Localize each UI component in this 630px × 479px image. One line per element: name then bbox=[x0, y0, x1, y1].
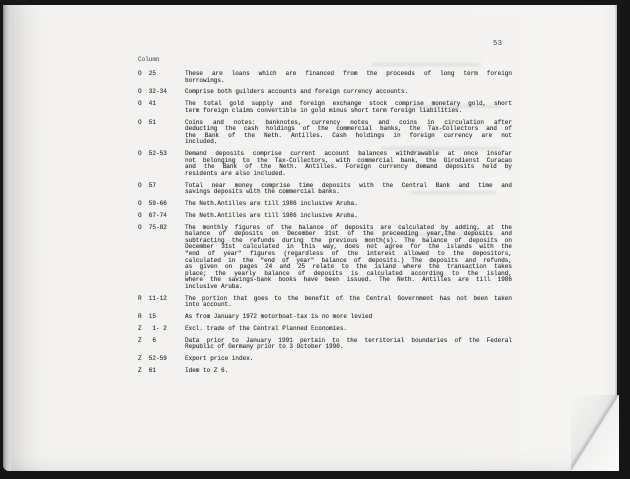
ink-bleed-smudge bbox=[371, 63, 481, 66]
note-entry: R 11-12The portion that goes to the bene… bbox=[138, 296, 518, 309]
note-entry: Z 1- 2Excl. trade of the Central Planned… bbox=[138, 326, 518, 333]
entry-text: Demand deposits comprise current account… bbox=[185, 151, 512, 177]
entry-text: Data prior to January 1991 pertain to th… bbox=[185, 338, 512, 351]
entry-code: O 41 bbox=[138, 101, 185, 114]
note-entry: O 57Total near money comprise time depos… bbox=[138, 183, 518, 196]
entry-text: The monthly figures of the balance of de… bbox=[185, 225, 512, 291]
entry-code: O 32-34 bbox=[138, 89, 185, 96]
page-number: 53 bbox=[493, 40, 502, 48]
entry-line-text: into account. bbox=[185, 302, 512, 309]
entry-text: The portion that goes to the benefit of … bbox=[185, 296, 512, 309]
note-entry: Z 61Idem to Z 6. bbox=[138, 368, 518, 375]
entry-code: O 75-82 bbox=[138, 225, 185, 291]
entry-code: Z 52-59 bbox=[138, 356, 185, 363]
entry-text: Excl. trade of the Central Planned Econo… bbox=[185, 326, 512, 333]
entry-text: As from January 1972 motorboat-tax is no… bbox=[185, 314, 512, 321]
note-entry: O 67-74The Neth.Antilles are till 1986 i… bbox=[138, 213, 518, 220]
entry-line-text: As from January 1972 motorboat-tax is no… bbox=[185, 314, 512, 321]
note-entry: O 59-66The Neth.Antilles are till 1986 i… bbox=[138, 201, 518, 208]
entry-code: R 11-12 bbox=[138, 296, 185, 309]
entry-code: Z 61 bbox=[138, 368, 185, 375]
entry-code: O 57 bbox=[138, 183, 185, 196]
entry-line-text: The portion that goes to the benefit of … bbox=[185, 296, 512, 303]
page-corner-fold bbox=[571, 395, 619, 471]
note-entry: Z 6Data prior to January 1991 pertain to… bbox=[138, 338, 518, 351]
entry-text: The Neth.Antilles are till 1986 inclusiv… bbox=[185, 213, 512, 220]
entry-line-text: The Neth.Antilles are till 1986 inclusiv… bbox=[185, 213, 512, 220]
entry-code: O 59-66 bbox=[138, 201, 185, 208]
notes-list: O 25These are loans which are financed f… bbox=[138, 71, 518, 374]
entry-text: Comprise both guilders accounts and fore… bbox=[185, 89, 512, 96]
note-entry: O 41The total gold supply and foreign ex… bbox=[138, 101, 518, 114]
entry-text: Idem to Z 6. bbox=[185, 368, 512, 375]
entry-code: O 25 bbox=[138, 71, 185, 84]
entry-line-text: inclusive Aruba. bbox=[185, 284, 512, 291]
entry-text: The total gold supply and foreign exchan… bbox=[185, 101, 512, 114]
scanned-page-background: 53 Column O 25These are loans which are … bbox=[0, 0, 630, 479]
note-entry: O 25These are loans which are financed f… bbox=[138, 71, 518, 84]
note-entry: Z 52-59Export price index. bbox=[138, 356, 518, 363]
entry-code: Z 1- 2 bbox=[138, 326, 185, 333]
entry-line-text: residents are also included. bbox=[185, 171, 512, 178]
entry-code: Z 6 bbox=[138, 338, 185, 351]
entry-text: Coins and notes: banknotes, currency not… bbox=[185, 120, 512, 146]
entry-line-text: Comprise both guilders accounts and fore… bbox=[185, 89, 512, 96]
book-spine-edge bbox=[3, 5, 11, 471]
entry-code: R 15 bbox=[138, 314, 185, 321]
entry-line-text: Republic of Germany prior to 3 October 1… bbox=[185, 344, 512, 351]
entry-line-text: term foreign claims convertible in gold … bbox=[185, 108, 512, 115]
column-header-label: Column bbox=[138, 56, 160, 63]
note-entry: O 52-53Demand deposits comprise current … bbox=[138, 151, 518, 177]
entry-line-text: These are loans which are financed from … bbox=[185, 71, 512, 78]
entry-code: O 52-53 bbox=[138, 151, 185, 177]
entry-line-text: Export price index. bbox=[185, 356, 512, 363]
entry-text: The Neth.Antilles are till 1986 inclusiv… bbox=[185, 201, 512, 208]
entry-line-text: savings deposits with the commercial ban… bbox=[185, 189, 512, 196]
note-entry: O 75-82The monthly figures of the balanc… bbox=[138, 225, 518, 291]
note-entry: R 15As from January 1972 motorboat-tax i… bbox=[138, 314, 518, 321]
entry-line-text: borrowings. bbox=[185, 78, 512, 85]
note-entry: O 32-34Comprise both guilders accounts a… bbox=[138, 89, 518, 96]
entry-text: Total near money comprise time deposits … bbox=[185, 183, 512, 196]
entry-code: O 67-74 bbox=[138, 213, 185, 220]
entry-line-text: the Bank of the Neth. Antilles. Cash hol… bbox=[185, 133, 512, 140]
entry-line-text: The Neth.Antilles are till 1986 inclusiv… bbox=[185, 201, 512, 208]
entry-text: Export price index. bbox=[185, 356, 512, 363]
entry-text: These are loans which are financed from … bbox=[185, 71, 512, 84]
entry-line-text: Excl. trade of the Central Planned Econo… bbox=[185, 326, 512, 333]
entry-line-text: included. bbox=[185, 139, 512, 146]
entry-code: O 51 bbox=[138, 120, 185, 146]
note-entry: O 51Coins and notes: banknotes, currency… bbox=[138, 120, 518, 146]
entry-line-text: Idem to Z 6. bbox=[185, 368, 512, 375]
